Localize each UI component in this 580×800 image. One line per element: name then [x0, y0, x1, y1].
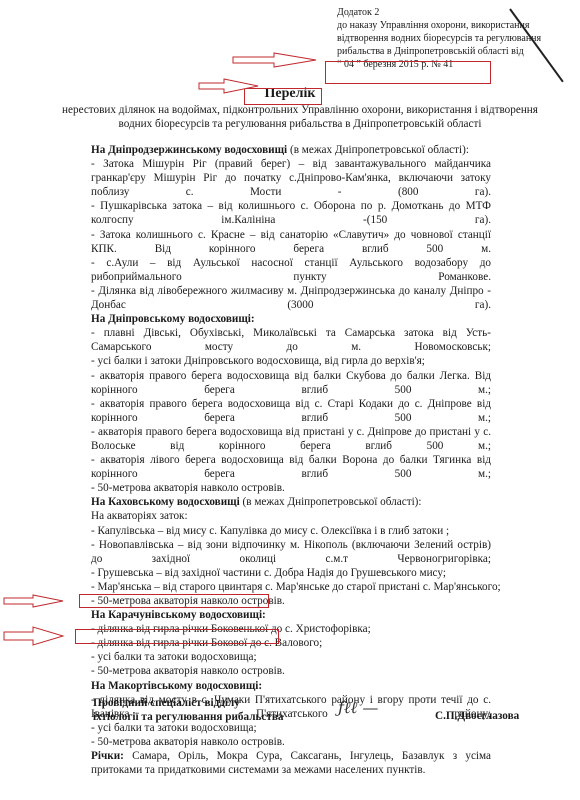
section-subheading: На акваторіях заток: — [91, 509, 491, 523]
highlight-box-makortiv-item — [75, 629, 279, 644]
section-heading-bold: На Дніпровському водосховищі: — [91, 313, 255, 325]
list-item: - Мар'янська – від старого цвинтаря с. М… — [91, 580, 491, 594]
signer-position-line: іхтіології та регулювання рибальства — [93, 710, 284, 724]
list-item: - усі балки та затоки водосховища; — [91, 650, 491, 664]
section-heading-note: (в межах Дніпропетровської області): — [240, 496, 422, 508]
arrow-right-icon — [198, 78, 260, 94]
section-heading-bold: На Дніпродзержинському водосховищі — [91, 144, 287, 156]
handwritten-signature: ƒℓℓ — — [338, 698, 378, 718]
arrow-right-icon — [3, 626, 65, 646]
section-heading-bold: На Макортівському водосховищі: — [91, 680, 262, 692]
arrow-right-icon — [232, 52, 318, 68]
section-heading-bold: На Карачунівському водосховищі: — [91, 609, 266, 621]
arrow-right-icon — [3, 594, 65, 608]
list-item: - Капулівська – від мису с. Капулівка до… — [91, 524, 491, 538]
page-subtitle: нерестових ділянок на водоймах, підконтр… — [60, 103, 540, 131]
list-item: - Новопавлівська – від зони відпочинку м… — [91, 538, 491, 566]
section-heading: На Дніпровському водосховищі: — [91, 312, 491, 326]
appendix-line: відтворення водних біоресурсів та регулю… — [337, 32, 577, 45]
list-item: - Затока колишнього с. Красне – від сана… — [91, 228, 491, 256]
list-item: - плавні Дівські, Обухівські, Миколаївсь… — [91, 326, 491, 354]
list-item: - Затока Мішурін Ріг (правий берег) – ві… — [91, 157, 491, 199]
section-heading: На Макортівському водосховищі: — [91, 679, 491, 693]
section-heading-note: (в межах Дніпропетровської області): — [287, 144, 469, 156]
list-item: - Ділянка від лівобережного жилмасиву м.… — [91, 284, 491, 312]
signer-position-line: Провідний спеціаліст відділу — [93, 696, 284, 710]
signer-name: С.П.Двоєглазова — [435, 710, 519, 722]
highlight-box-order-date — [325, 61, 491, 84]
rivers-text: Самара, Оріль, Мокра Сура, Саксагань, Ін… — [91, 750, 491, 776]
highlight-box-makortiv-heading — [79, 594, 269, 608]
list-item: - акваторія правого берега водосховища в… — [91, 369, 491, 397]
list-item: - акваторія правого берега водосховища в… — [91, 397, 491, 425]
list-item: - усі балки і затоки Дніпровського водос… — [91, 354, 491, 368]
rivers-paragraph: Річки: Самара, Оріль, Мокра Сура, Саксаг… — [91, 749, 491, 777]
list-item: - Пушкарівська затока – від колишнього с… — [91, 199, 491, 227]
list-item: - 50-метрова акваторія навколо островів. — [91, 735, 491, 749]
list-item: - акваторія лівого берега водосховища ві… — [91, 453, 491, 481]
list-item: - 50-метрова акваторія навколо островів. — [91, 481, 491, 495]
document-body: На Дніпродзержинському водосховищі (в ме… — [91, 143, 491, 777]
section-heading: На Каховському водосховищі (в межах Дніп… — [91, 495, 491, 509]
list-item: - 50-метрова акваторія навколо островів. — [91, 664, 491, 678]
section-heading-bold: На Каховському водосховищі — [91, 496, 240, 508]
appendix-line: Додаток 2 — [337, 6, 577, 19]
list-item: - акваторія правого берега водосховища в… — [91, 425, 491, 453]
section-heading: На Карачунівському водосховищі: — [91, 608, 491, 622]
signer-position: Провідний спеціаліст відділу іхтіології … — [93, 696, 284, 724]
list-item: - с.Аули – від Аульської насосної станці… — [91, 256, 491, 284]
rivers-label: Річки: — [91, 750, 124, 762]
section-heading: На Дніпродзержинському водосховищі (в ме… — [91, 143, 491, 157]
list-item: - Грушевська – від західної частини с. Д… — [91, 566, 491, 580]
appendix-line: до наказу Управління охорони, використан… — [337, 19, 577, 32]
